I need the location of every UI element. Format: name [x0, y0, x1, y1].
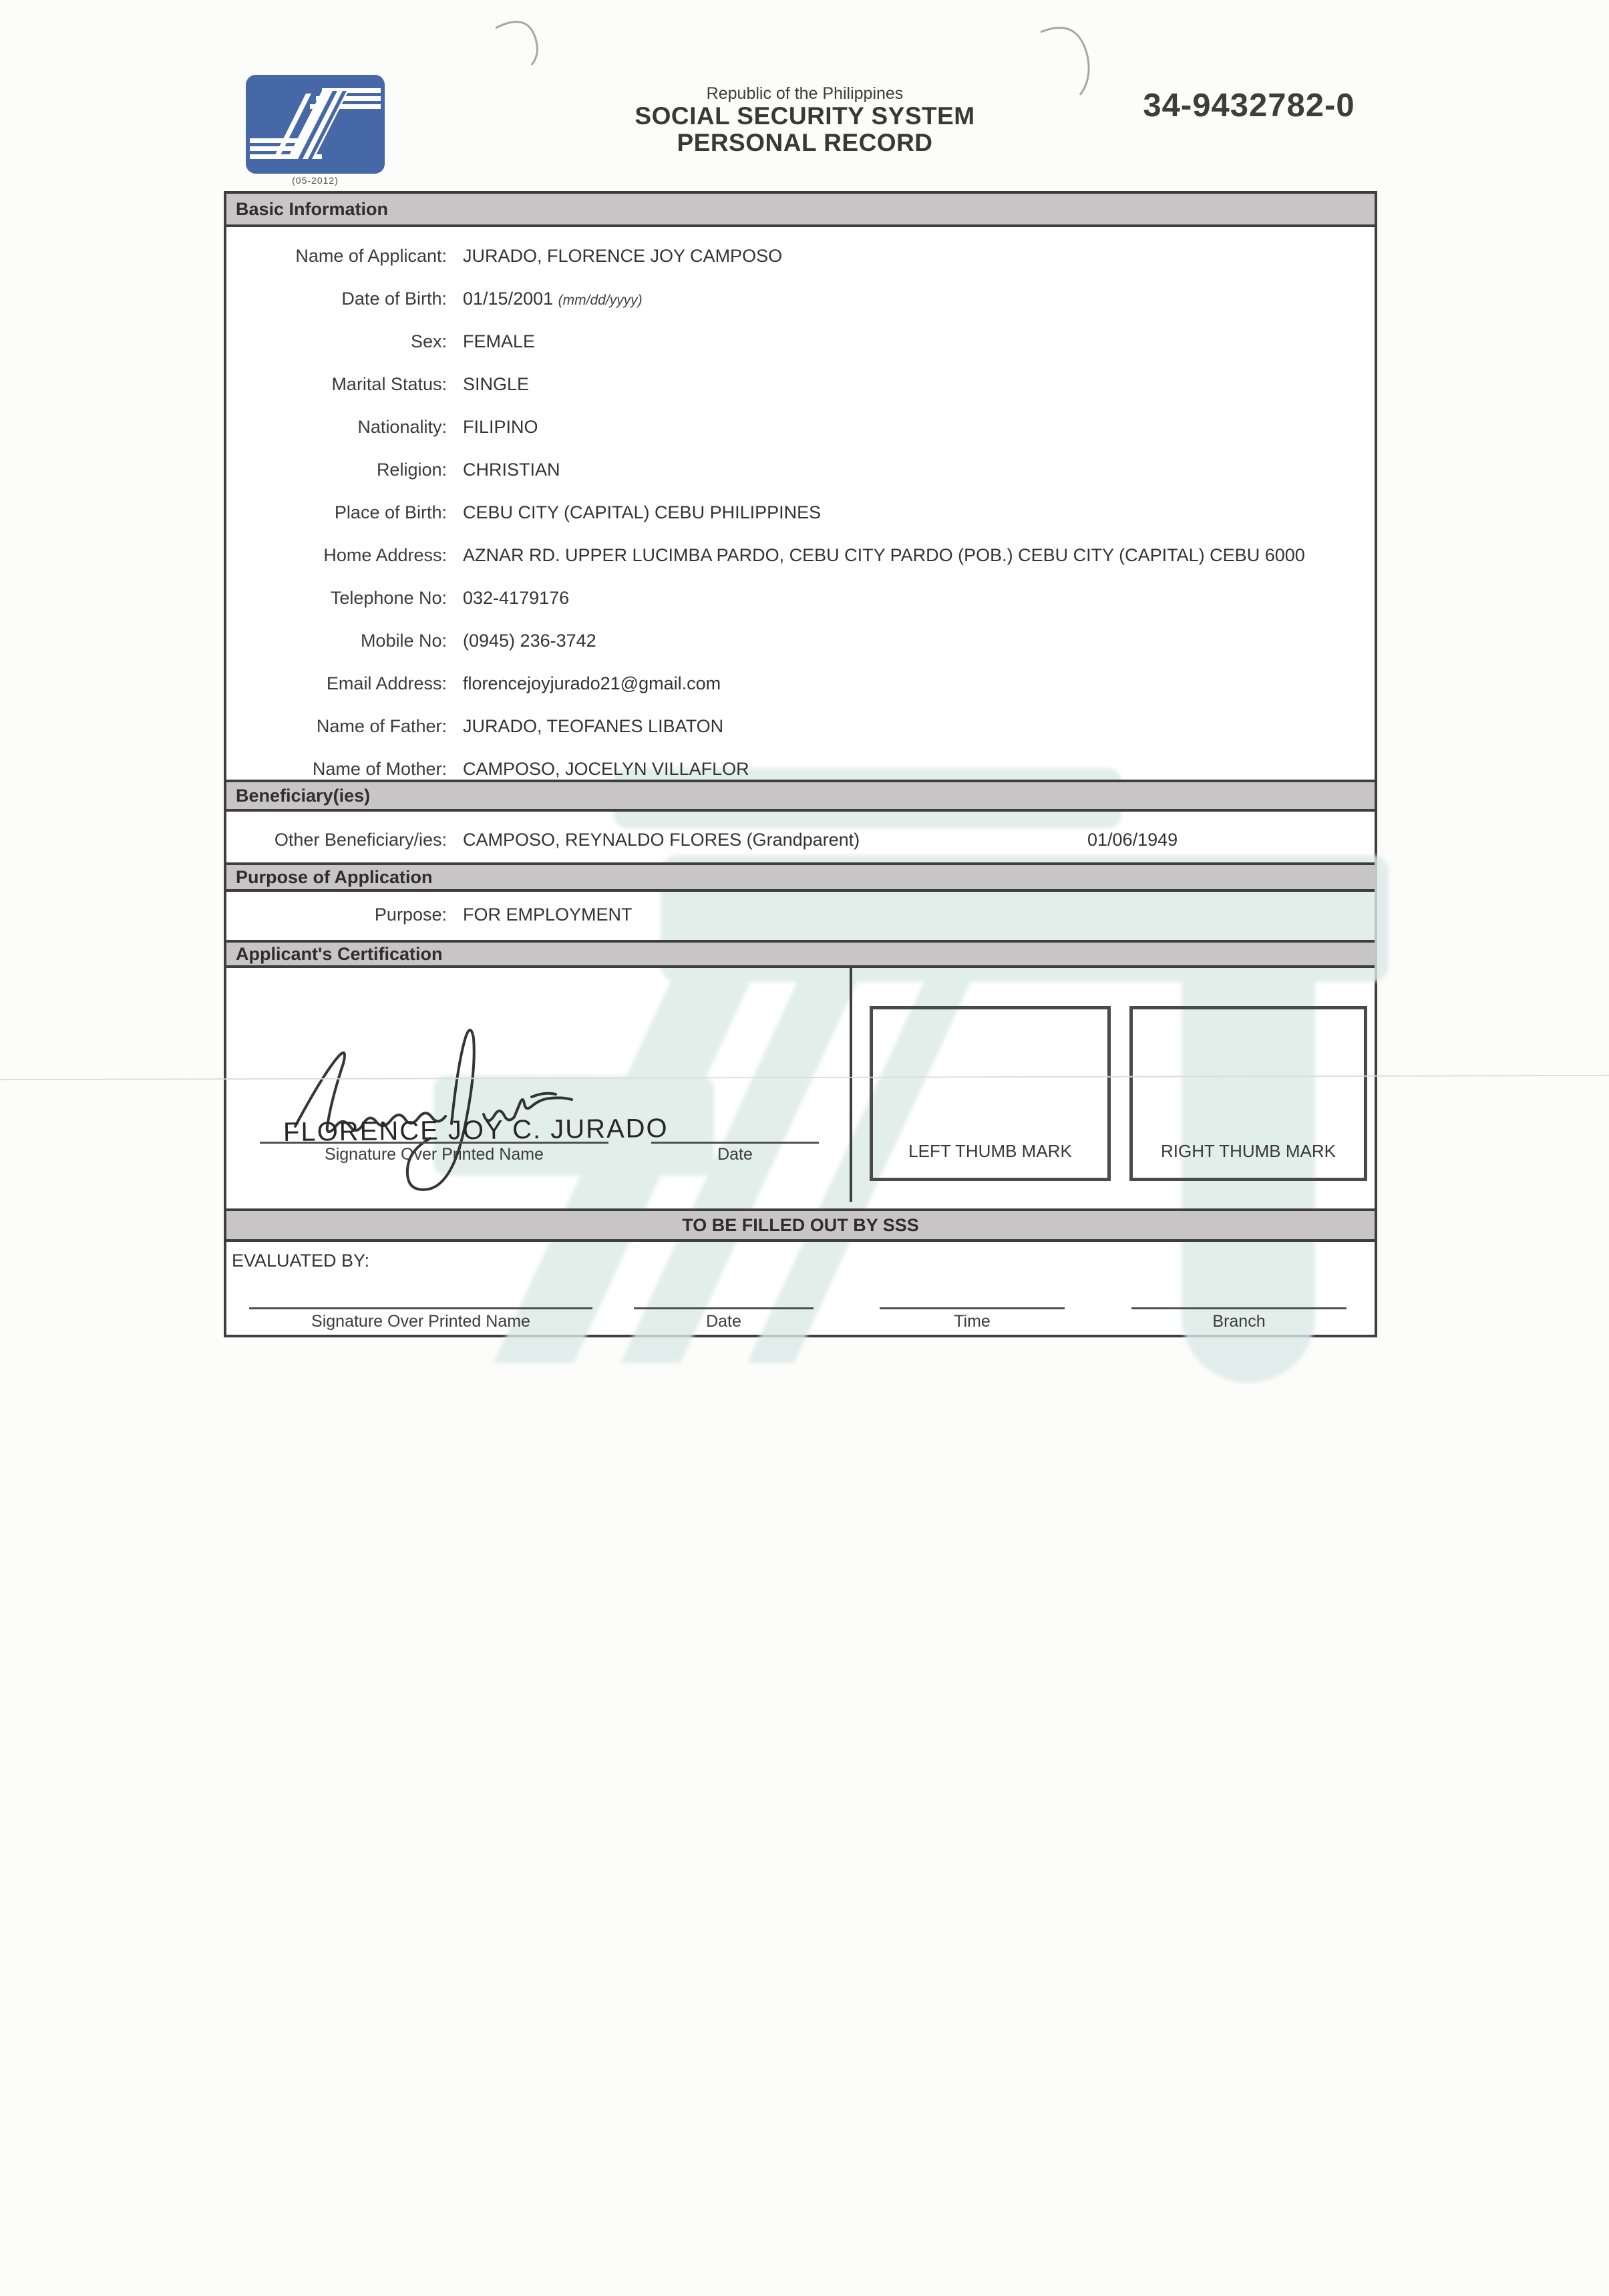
footer-branch-line	[1131, 1307, 1347, 1309]
evaluated-by-label: EVALUATED BY:	[232, 1251, 369, 1271]
field-row-place-of-birth: Place of Birth: CEBU CITY (CAPITAL) CEBU…	[226, 502, 1375, 526]
field-label: Home Address:	[226, 545, 447, 566]
left-thumb-mark-label: LEFT THUMB MARK	[908, 1141, 1072, 1162]
sss-logo	[246, 75, 385, 174]
certification-date-line	[651, 1142, 819, 1144]
field-value: JURADO, TEOFANES LIBATON	[463, 716, 723, 737]
field-row-name-of-father: Name of Father: JURADO, TEOFANES LIBATON	[226, 716, 1375, 740]
section-title: Basic Information	[236, 199, 388, 220]
field-row-sex: Sex: FEMALE	[226, 331, 1375, 355]
footer-branch-label: Branch	[1131, 1312, 1347, 1331]
left-thumb-mark-box: LEFT THUMB MARK	[870, 1006, 1111, 1181]
field-value: JURADO, FLORENCE JOY CAMPOSO	[463, 246, 782, 267]
field-value: SINGLE	[463, 374, 529, 395]
section-title: Purpose of Application	[236, 867, 433, 888]
date-format-note: (mm/dd/yyyy)	[558, 293, 643, 308]
field-label: Sex:	[226, 331, 447, 352]
right-thumb-mark-box: RIGHT THUMB MARK	[1129, 1006, 1367, 1181]
field-value: CEBU CITY (CAPITAL) CEBU PHILIPPINES	[463, 502, 821, 523]
agency-name: SOCIAL SECURITY SYSTEM	[538, 103, 1072, 130]
field-label: Nationality:	[226, 417, 447, 438]
field-row-marital-status: Marital Status: SINGLE	[226, 374, 1375, 398]
section-bar-applicants-certification: Applicant's Certification	[226, 940, 1375, 968]
field-label: Purpose:	[226, 905, 447, 925]
certification-date-label: Date	[651, 1145, 819, 1164]
section-bar-to-be-filled-by-sss: TO BE FILLED OUT BY SSS	[226, 1208, 1375, 1242]
footer-time-label: Time	[880, 1312, 1065, 1331]
section-bar-purpose: Purpose of Application	[226, 862, 1375, 892]
footer-time-line	[880, 1307, 1065, 1309]
field-row-telephone-no: Telephone No: 032-4179176	[226, 588, 1375, 612]
certification-divider	[850, 968, 852, 1202]
field-label: Religion:	[226, 460, 447, 480]
field-value: FILIPINO	[463, 417, 538, 438]
field-label: Name of Mother:	[226, 759, 447, 780]
field-value: florencejoyjurado21@gmail.com	[463, 673, 721, 694]
field-label: Name of Father:	[226, 716, 447, 737]
field-row-mobile-no: Mobile No: (0945) 236-3742	[226, 631, 1375, 655]
scanned-sss-personal-record-page: (05-2012) Republic of the Philippines SO…	[0, 0, 1609, 2296]
form-title: PERSONAL RECORD	[538, 130, 1072, 156]
footer-date-label: Date	[634, 1312, 814, 1331]
ss-number: 34-9432782-0	[1109, 87, 1389, 124]
field-value: CAMPOSO, REYNALDO FLORES (Grandparent)	[463, 830, 860, 850]
field-row-religion: Religion: CHRISTIAN	[226, 460, 1375, 484]
field-value: (0945) 236-3742	[463, 631, 596, 651]
field-value: AZNAR RD. UPPER LUCIMBA PARDO, CEBU CITY…	[463, 545, 1305, 566]
logo-revision-caption: (05-2012)	[246, 175, 385, 186]
footer-date-line	[634, 1307, 814, 1309]
field-label: Date of Birth:	[226, 289, 447, 309]
section-bar-beneficiaries: Beneficiary(ies)	[226, 780, 1375, 812]
republic-line: Republic of the Philippines	[538, 84, 1072, 103]
field-label: Place of Birth:	[226, 502, 447, 523]
section-bar-basic-information: Basic Information	[226, 194, 1375, 227]
section-title: Applicant's Certification	[236, 944, 442, 965]
footer-signature-label: Signature Over Printed Name	[249, 1312, 592, 1331]
field-row-nationality: Nationality: FILIPINO	[226, 417, 1375, 441]
signature-line-label: Signature Over Printed Name	[260, 1145, 608, 1164]
field-value: 01/15/2001	[463, 289, 553, 309]
section-title: TO BE FILLED OUT BY SSS	[682, 1215, 919, 1236]
section-title: Beneficiary(ies)	[236, 786, 370, 806]
footer-signature-line	[249, 1307, 592, 1309]
field-row-home-address: Home Address: AZNAR RD. UPPER LUCIMBA PA…	[226, 545, 1375, 569]
signature-line	[260, 1142, 608, 1144]
field-label: Mobile No:	[226, 631, 447, 651]
field-row-other-beneficiary: Other Beneficiary/ies: CAMPOSO, REYNALDO…	[226, 830, 1375, 854]
field-label: Name of Applicant:	[226, 246, 447, 267]
field-row-email-address: Email Address: florencejoyjurado21@gmail…	[226, 673, 1375, 697]
field-value: CHRISTIAN	[463, 460, 560, 480]
field-value: 032-4179176	[463, 588, 569, 609]
field-label: Other Beneficiary/ies:	[226, 830, 447, 850]
beneficiary-birthdate: 01/06/1949	[1087, 830, 1178, 850]
form-header-titles: Republic of the Philippines SOCIAL SECUR…	[538, 84, 1072, 156]
right-thumb-mark-label: RIGHT THUMB MARK	[1161, 1141, 1336, 1162]
field-row-name-of-applicant: Name of Applicant: JURADO, FLORENCE JOY …	[226, 246, 1375, 270]
field-row-purpose: Purpose: FOR EMPLOYMENT	[226, 905, 1375, 929]
field-label: Telephone No:	[226, 588, 447, 609]
field-label: Marital Status:	[226, 374, 447, 395]
field-value: CAMPOSO, JOCELYN VILLAFLOR	[463, 759, 749, 780]
field-row-date-of-birth: Date of Birth: 01/15/2001 (mm/dd/yyyy)	[226, 289, 1375, 313]
field-label: Email Address:	[226, 673, 447, 694]
field-value: FEMALE	[463, 331, 535, 352]
field-value: FOR EMPLOYMENT	[463, 905, 633, 925]
form-body: Basic Information Name of Applicant: JUR…	[224, 191, 1377, 1337]
